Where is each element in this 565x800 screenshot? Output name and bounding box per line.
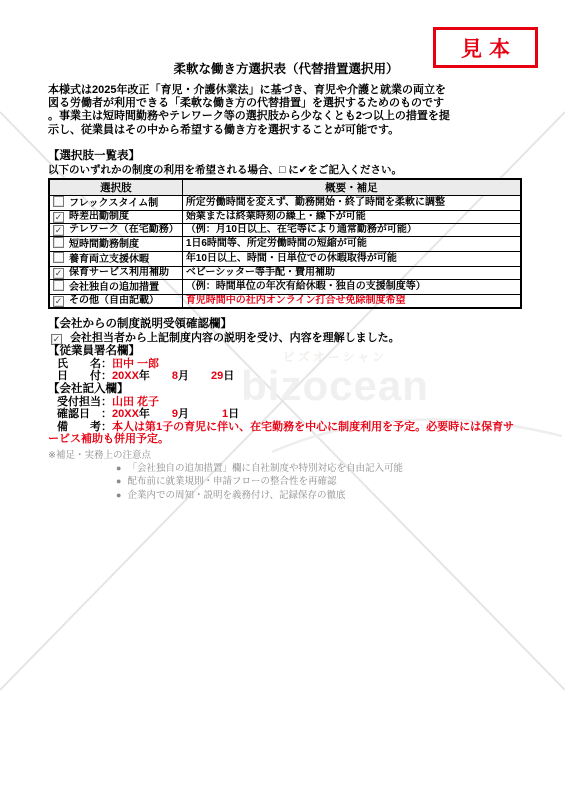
notes-list: ●「会社独自の追加措置」欄に自社制度や特別対応を自由記入可能●配布前に就業規則・… (48, 462, 524, 503)
option-description: 育児時間中の社内オンライン打合せ免除制度希望 (182, 294, 521, 308)
form-field-row: 確認日 ：20XX年 9月 1日 (48, 408, 524, 421)
field-value-segment: 月 (178, 370, 211, 382)
option-name-cell: ✓時差出勤制度 (49, 210, 182, 223)
option-name-cell: ✓その他（自由記載） (49, 294, 182, 308)
option-label: 養育両立支援休暇 (69, 254, 149, 265)
option-description: 年10日以上、時間・日単位での休暇取得が可能 (182, 251, 521, 266)
option-name-cell: 短時間勤務制度 (49, 236, 182, 251)
confirmation-line: ✓ 会社担当者から上記制度内容の説明を受け、内容を理解しました。 (48, 332, 524, 345)
option-name-cell: ✓保育サービス利用補助 (49, 266, 182, 279)
option-description: 1日6時間等、所定労働時間の短縮が可能 (182, 236, 521, 251)
field-value-segment: 月 (178, 408, 222, 420)
option-label: その他（自由記載） (69, 295, 159, 306)
form-field-row: 氏 名：田中 一郎 (48, 358, 524, 371)
field-value-segment: 年 (139, 408, 172, 420)
option-row: ✓その他（自由記載）育児時間中の社内オンライン打合せ免除制度希望 (49, 294, 521, 308)
bullet-icon: ● (116, 490, 121, 500)
note-item: ●企業内での周知・説明を義務付け、記録保存の徹底 (116, 489, 524, 503)
note-text: 企業内での周知・説明を義務付け、記録保存の徹底 (127, 490, 345, 501)
options-table: 選択肢 概要・補足 フレックスタイム制所定労働時間を変えず、勤務開始・終了時間を… (48, 178, 522, 309)
intro-line: 示し、従業員はその中から希望する働き方を選択することが可能です。 (48, 124, 524, 137)
option-label: 保育サービス利用補助 (69, 267, 169, 278)
options-section-heading: 【選択肢一覧表】 (48, 150, 524, 163)
form-field-row: 受付担当：山田 花子 (48, 396, 524, 409)
field-value-segment: 日 (223, 370, 234, 382)
form-field-row: 備 考：本人は第1子の育児に伴い、在宅勤務を中心に制度利用を予定。必要時には保育… (48, 421, 524, 446)
option-name-cell: 養育両立支援休暇 (49, 251, 182, 266)
field-value-segment: 田中 一郎 (112, 358, 159, 370)
confirmation-section-heading: 【会社からの制度説明受領確認欄】 (48, 318, 524, 331)
form-field-row: 日 付：20XX年 8月 29日 (48, 370, 524, 383)
option-checkbox[interactable] (53, 237, 64, 248)
field-value-segment: 日 (228, 408, 239, 420)
option-name-cell: フレックスタイム制 (49, 195, 182, 210)
intro-line: 図る労働者が利用できる「柔軟な働き方の代替措置」を選択するためのものです (48, 97, 524, 110)
option-checkbox[interactable]: ✓ (53, 296, 64, 307)
field-value-segment: 20XX (112, 408, 139, 420)
employee-section-heading: 【従業員署名欄】 (48, 345, 524, 358)
option-description: （例：月10日以上、在宅等により通常勤務が可能） (182, 223, 521, 236)
sample-stamp: 見本 (433, 27, 538, 68)
field-label: 備 考： (57, 421, 112, 433)
sample-stamp-label: 見本 (461, 33, 517, 63)
option-name-cell: ✓テレワーク（在宅勤務） (49, 223, 182, 236)
option-description: 始業または終業時刻の繰上・繰下が可能 (182, 210, 521, 223)
option-name-cell: 会社独自の追加措置 (49, 279, 182, 294)
options-table-header-row: 選択肢 概要・補足 (49, 179, 521, 196)
option-row: 会社独自の追加措置（例：時間単位の年次有給休暇・独自の支援制度等） (49, 279, 521, 294)
intro-line: 本様式は2025年改正「育児・介護休業法」に基づき、育児や介護と就業の両立を (48, 84, 524, 97)
note-item: ●「会社独自の追加措置」欄に自社制度や特別対応を自由記入可能 (116, 462, 524, 476)
employee-fields: 氏 名：田中 一郎日 付：20XX年 8月 29日 (48, 358, 524, 383)
field-label: 確認日 ： (57, 408, 112, 420)
field-value-segment: 29 (211, 370, 223, 382)
field-value-segment: 本人は第1子の育児に伴い、在宅勤務を中心に制度利用を予定。必要時には保育サービス… (48, 421, 514, 446)
option-label: テレワーク（在宅勤務） (69, 224, 179, 235)
options-instruction: 以下のいずれかの制度の利用を希望される場合、□ に✔をご記入ください。 (48, 164, 524, 177)
company-section-heading: 【会社記入欄】 (48, 383, 524, 396)
option-description: （例：時間単位の年次有給休暇・独自の支援制度等） (182, 279, 521, 294)
option-label: 時差出勤制度 (69, 211, 129, 222)
column-header-description: 概要・補足 (182, 179, 521, 196)
option-row: ✓テレワーク（在宅勤務）（例：月10日以上、在宅等により通常勤務が可能） (49, 223, 521, 236)
option-row: 短時間勤務制度1日6時間等、所定労働時間の短縮が可能 (49, 236, 521, 251)
column-header-option: 選択肢 (49, 179, 182, 196)
bullet-icon: ● (116, 476, 121, 486)
note-text: 「会社独自の追加措置」欄に自社制度や特別対応を自由記入可能 (127, 463, 403, 474)
option-row: ✓時差出勤制度始業または終業時刻の繰上・繰下が可能 (49, 210, 521, 223)
option-label: フレックスタイム制 (69, 198, 158, 209)
intro-line: 。事業主は短時間勤務やテレワーク等の選択肢から少なくとも2つ以上の措置を提 (48, 110, 524, 123)
option-description: ベビーシッター等手配・費用補助 (182, 266, 521, 279)
option-row: フレックスタイム制所定労働時間を変えず、勤務開始・終了時間を柔軟に調整 (49, 195, 521, 210)
option-checkbox[interactable]: ✓ (53, 212, 64, 223)
company-fields: 受付担当：山田 花子確認日 ：20XX年 9月 1日備 考：本人は第1子の育児に… (48, 396, 524, 446)
field-label: 受付担当： (57, 396, 112, 408)
field-value-segment: 20XX (112, 370, 139, 382)
confirmation-checkbox[interactable]: ✓ (51, 334, 62, 345)
field-label: 氏 名： (57, 358, 112, 370)
option-checkbox[interactable] (53, 196, 64, 207)
option-label: 会社独自の追加措置 (69, 282, 159, 293)
option-row: ✓保育サービス利用補助ベビーシッター等手配・費用補助 (49, 266, 521, 279)
option-checkbox[interactable]: ✓ (53, 225, 64, 236)
field-value-segment: 年 (139, 370, 172, 382)
note-item: ●配布前に就業規則・申請フローの整合性を再確認 (116, 475, 524, 489)
bullet-icon: ● (116, 463, 121, 473)
option-checkbox[interactable]: ✓ (53, 268, 64, 279)
confirmation-text: 会社担当者から上記制度内容の説明を受け、内容を理解しました。 (70, 332, 400, 344)
option-description: 所定労働時間を変えず、勤務開始・終了時間を柔軟に調整 (182, 195, 521, 210)
option-row: 養育両立支援休暇年10日以上、時間・日単位での休暇取得が可能 (49, 251, 521, 266)
intro-paragraph: 本様式は2025年改正「育児・介護休業法」に基づき、育児や介護と就業の両立を図る… (48, 84, 524, 137)
notes-heading: ※補足・実務上の注意点 (48, 449, 524, 462)
field-label: 日 付： (57, 370, 112, 382)
field-value-segment: 山田 花子 (112, 396, 159, 408)
option-label: 短時間勤務制度 (69, 239, 139, 250)
document-page: 柔軟な働き方選択表（代替措置選択用） 本様式は2025年改正「育児・介護休業法」… (48, 0, 524, 502)
option-checkbox[interactable] (53, 252, 64, 263)
note-text: 配布前に就業規則・申請フローの整合性を再確認 (127, 476, 336, 487)
option-checkbox[interactable] (53, 280, 64, 291)
